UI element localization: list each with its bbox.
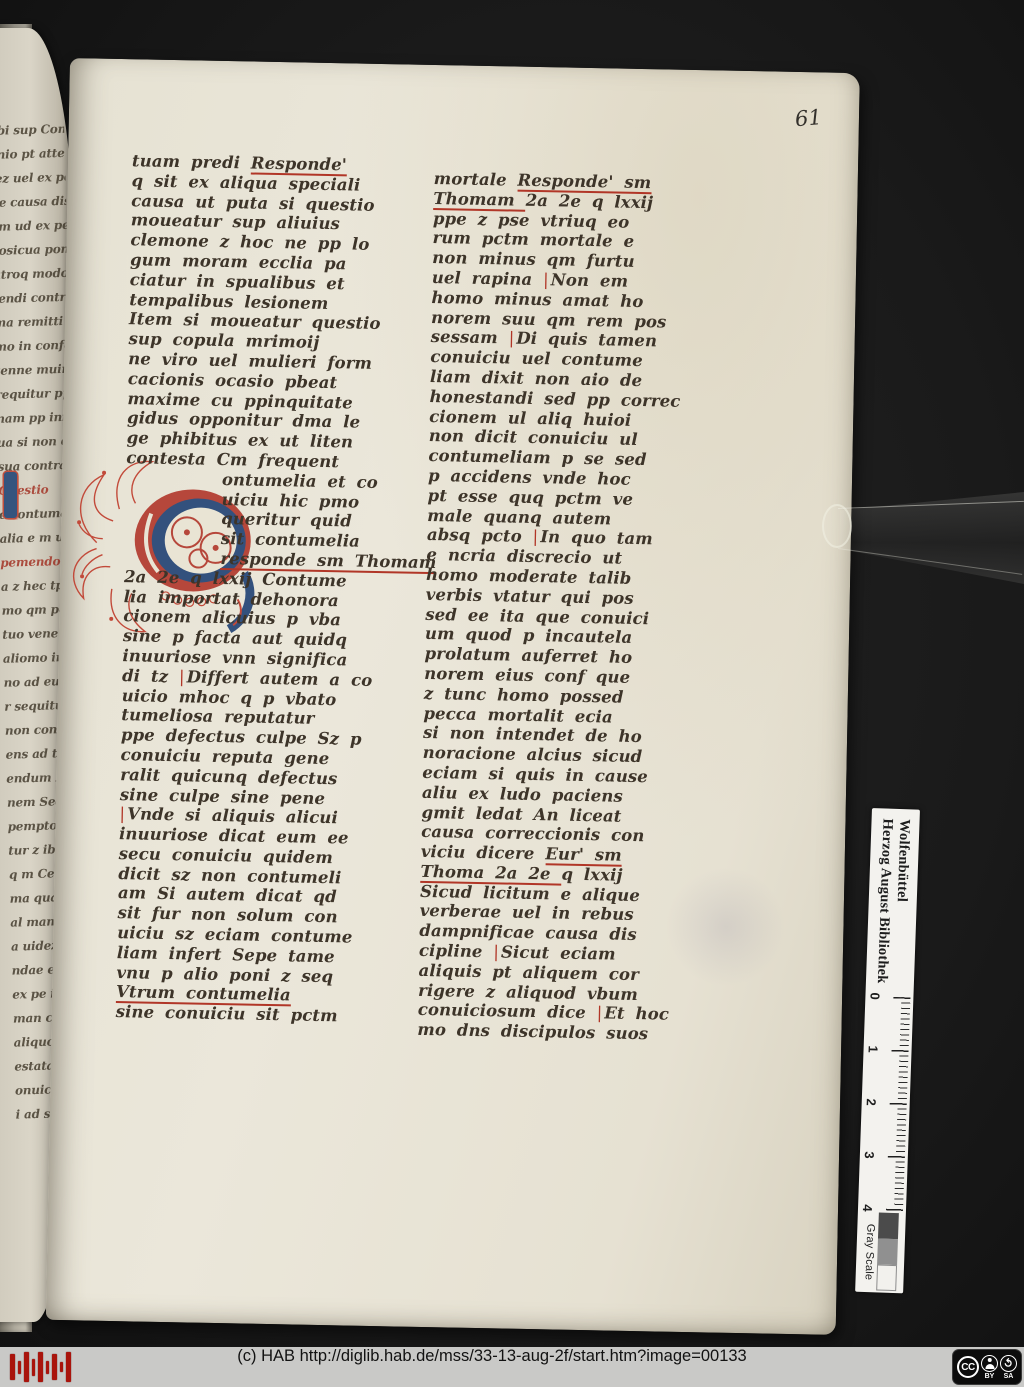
gray-scale-section: Gray Scale bbox=[855, 1211, 906, 1293]
digitized-manuscript-photo: ubi sup Contrasonio pt attend btez uel e… bbox=[0, 0, 1024, 1387]
gray-scale-patch bbox=[876, 1264, 897, 1291]
facing-page-text-fragment: onio pt attend b bbox=[0, 146, 65, 172]
manuscript-page: 61 bbox=[46, 58, 860, 1335]
cc-by-label: BY bbox=[985, 1373, 995, 1380]
facing-page-text-fragment: ue causa displ bbox=[0, 194, 67, 220]
calibration-bar bbox=[38, 1352, 43, 1382]
ruler-number: 0 bbox=[867, 992, 882, 1000]
folio-number: 61 bbox=[794, 105, 823, 131]
caption-bar: (c) HAB http://diglib.hab.de/mss/33-13-a… bbox=[0, 1347, 1024, 1387]
calibration-bar bbox=[52, 1354, 57, 1380]
copyright-url-text: (c) HAB http://diglib.hab.de/mss/33-13-a… bbox=[100, 1347, 884, 1387]
calibration-bar bbox=[60, 1362, 63, 1372]
facing-page-text-fragment: requitur pp pa bbox=[0, 386, 72, 412]
facing-page-text-fragment: ma remitti ad bbox=[0, 314, 70, 340]
calibration-bar bbox=[46, 1361, 49, 1374]
ruler-number: 3 bbox=[862, 1151, 877, 1159]
facing-page-text-fragment: ubi sup Contras bbox=[0, 122, 65, 148]
gray-scale-patch bbox=[877, 1238, 898, 1265]
film-loop bbox=[822, 504, 852, 548]
cm-ruler: 01234 bbox=[858, 992, 914, 1213]
facing-page-text-fragment: tendi contrigo q bbox=[0, 290, 69, 316]
gray-scale-patch bbox=[878, 1212, 899, 1239]
measuring-strip-face: Herzog August Bibliothek Wolfenbüttel 01… bbox=[855, 808, 920, 1293]
ruler-number: 2 bbox=[864, 1098, 879, 1106]
cc-sa-arrow-icon: ↺ bbox=[1000, 1355, 1017, 1372]
facing-page-text-fragment: utroq modo p bbox=[0, 266, 69, 292]
cc-sa-label: SA bbox=[1004, 1373, 1014, 1380]
red-calibration-marks bbox=[10, 1351, 71, 1383]
calibration-bar bbox=[18, 1361, 21, 1374]
facing-page-text-fragment: nam pp iniudu bbox=[0, 410, 73, 436]
ruler-ticks-cm bbox=[886, 997, 911, 1213]
gray-scale-label: Gray Scale bbox=[862, 1212, 877, 1293]
calibration-bar bbox=[10, 1354, 15, 1380]
facing-page-text-fragment: cosicua pon tra bbox=[0, 242, 68, 268]
cc-by-person-icon bbox=[981, 1355, 998, 1372]
facing-page-text-fragment: tenne muirte m bbox=[0, 362, 71, 388]
facing-page-text-fragment: mo in confessio bbox=[0, 338, 71, 364]
calibration-bar bbox=[32, 1359, 35, 1376]
gray-scale-patches bbox=[876, 1212, 899, 1293]
cc-logo-icon: CC bbox=[957, 1356, 979, 1378]
parchment-stain bbox=[664, 866, 786, 988]
calibration-bar bbox=[66, 1352, 71, 1382]
cc-license-badge: CC BY ↺ SA bbox=[952, 1349, 1022, 1385]
ruler-number: 1 bbox=[865, 1045, 880, 1053]
facing-page-text-fragment: em ud ex pec do bbox=[0, 218, 67, 244]
calibration-bar bbox=[24, 1352, 29, 1382]
institution-name: Herzog August Bibliothek Wolfenbüttel bbox=[866, 808, 920, 994]
facing-page-illuminated-initial bbox=[4, 472, 17, 518]
measuring-strip: Herzog August Bibliothek Wolfenbüttel 01… bbox=[855, 808, 920, 1293]
facing-page-text-fragment: tez uel ex pec bbox=[0, 170, 66, 196]
text-column-left: tuam predi Responde'q sit ex aliqua spec… bbox=[115, 151, 432, 1028]
ruler-number: 4 bbox=[860, 1204, 875, 1212]
